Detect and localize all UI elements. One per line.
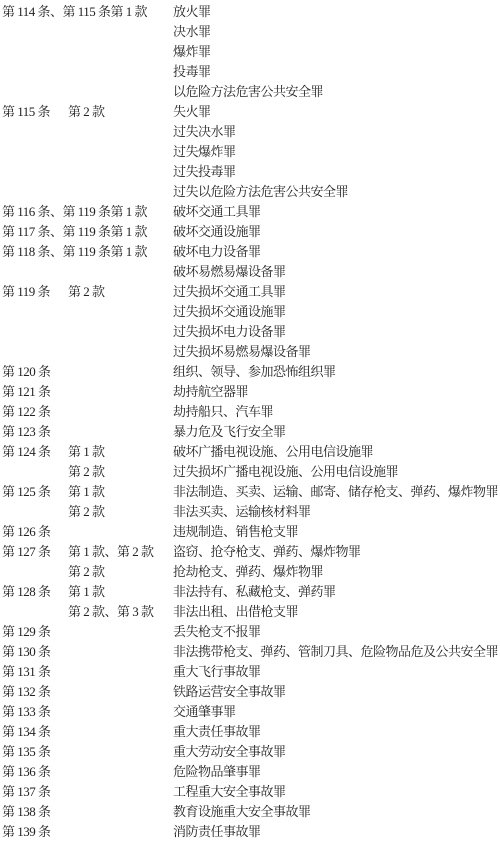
article-ref: 第 130 条 — [2, 642, 68, 662]
article-ref: 第 123 条 — [2, 422, 68, 442]
clause-ref — [68, 722, 173, 742]
crime-name: 过失损坏交通设施罪 — [173, 302, 500, 322]
article-ref: 第 122 条 — [2, 402, 68, 422]
crime-name: 破坏交通设施罪 — [173, 222, 500, 242]
table-row: 第 138 条 教育设施重大安全事故罪 — [2, 802, 500, 822]
article-ref: 第 125 条 — [2, 482, 68, 502]
crime-name: 过失爆炸罪 — [173, 142, 500, 162]
clause-ref — [68, 782, 173, 802]
table-row: 过失损坏交通设施罪 — [2, 302, 500, 322]
crime-name: 以危险方法危害公共安全罪 — [173, 82, 500, 102]
clause-ref: 第 2 款 — [68, 462, 173, 482]
article-ref — [2, 82, 68, 102]
crime-name: 交通肇事罪 — [173, 702, 500, 722]
crime-name: 丢失枪支不报罪 — [173, 622, 500, 642]
clause-ref — [68, 402, 173, 422]
table-row: 第 128 条 第 1 款 非法持有、私藏枪支、弹药罪 — [2, 582, 500, 602]
article-ref: 第 126 条 — [2, 522, 68, 542]
crime-name: 放火罪 — [173, 2, 500, 22]
table-row: 第 125 条 第 1 款 非法制造、买卖、运输、邮寄、储存枪支、弹药、爆炸物罪 — [2, 482, 500, 502]
article-ref: 第 137 条 — [2, 782, 68, 802]
crime-name: 教育设施重大安全事故罪 — [173, 802, 500, 822]
article-ref: 第 129 条 — [2, 622, 68, 642]
table-row: 第 114 条、第 115 条第 1 款 放火罪 — [2, 2, 500, 22]
clause-ref — [68, 202, 173, 222]
crime-name: 过失决水罪 — [173, 122, 500, 142]
table-row: 第 134 条 重大责任事故罪 — [2, 722, 500, 742]
clause-ref — [68, 162, 173, 182]
article-ref: 第 132 条 — [2, 682, 68, 702]
clause-ref — [68, 242, 173, 262]
table-row: 爆炸罪 — [2, 42, 500, 62]
table-row: 过失爆炸罪 — [2, 142, 500, 162]
clause-ref: 第 1 款 — [68, 582, 173, 602]
article-ref: 第 116 条、第 119 条第 1 款 — [2, 202, 68, 222]
table-row: 过失以危险方法危害公共安全罪 — [2, 182, 500, 202]
statute-table: 第 114 条、第 115 条第 1 款 放火罪 决水罪 爆炸罪 投毒罪 以危险… — [2, 2, 500, 842]
table-row: 第 137 条 工程重大安全事故罪 — [2, 782, 500, 802]
crime-name: 违规制造、销售枪支罪 — [173, 522, 500, 542]
clause-ref — [68, 362, 173, 382]
article-ref: 第 134 条 — [2, 722, 68, 742]
table-row: 第 119 条 第 2 款 过失损坏交通工具罪 — [2, 282, 500, 302]
crime-name: 过失损坏易燃易爆设备罪 — [173, 342, 500, 362]
article-ref — [2, 22, 68, 42]
crime-name: 铁路运营安全事故罪 — [173, 682, 500, 702]
table-row: 第 129 条 丢失枪支不报罪 — [2, 622, 500, 642]
clause-ref: 第 2 款 — [68, 502, 173, 522]
article-ref: 第 118 条、第 119 条第 1 款 — [2, 242, 68, 262]
crime-name: 决水罪 — [173, 22, 500, 42]
article-ref: 第 127 条 — [2, 542, 68, 562]
table-row: 第 136 条 危险物品肇事罪 — [2, 762, 500, 782]
clause-ref — [68, 42, 173, 62]
table-row: 第 2 款 非法买卖、运输核材料罪 — [2, 502, 500, 522]
article-ref: 第 117 条、第 119 条第 1 款 — [2, 222, 68, 242]
article-ref: 第 135 条 — [2, 742, 68, 762]
crime-name: 重大责任事故罪 — [173, 722, 500, 742]
table-row: 第 118 条、第 119 条第 1 款 破坏电力设备罪 — [2, 242, 500, 262]
article-ref: 第 124 条 — [2, 442, 68, 462]
crime-name: 过失投毒罪 — [173, 162, 500, 182]
article-ref: 第 133 条 — [2, 702, 68, 722]
article-ref — [2, 262, 68, 282]
clause-ref — [68, 822, 173, 842]
table-row: 第 122 条 劫持船只、汽车罪 — [2, 402, 500, 422]
crime-name: 劫持船只、汽车罪 — [173, 402, 500, 422]
crime-name: 重大飞行事故罪 — [173, 662, 500, 682]
article-ref: 第 121 条 — [2, 382, 68, 402]
article-ref — [2, 502, 68, 522]
article-ref — [2, 142, 68, 162]
clause-ref — [68, 122, 173, 142]
crime-name: 破坏易燃易爆设备罪 — [173, 262, 500, 282]
crime-name: 劫持航空器罪 — [173, 382, 500, 402]
crime-name: 重大劳动安全事故罪 — [173, 742, 500, 762]
clause-ref — [68, 182, 173, 202]
article-ref: 第 131 条 — [2, 662, 68, 682]
clause-ref: 第 2 款 — [68, 282, 173, 302]
crime-name: 消防责任事故罪 — [173, 822, 500, 842]
article-ref — [2, 322, 68, 342]
article-ref — [2, 62, 68, 82]
article-ref: 第 139 条 — [2, 822, 68, 842]
crime-name: 过失损坏交通工具罪 — [173, 282, 500, 302]
clause-ref — [68, 682, 173, 702]
crime-name: 投毒罪 — [173, 62, 500, 82]
clause-ref — [68, 342, 173, 362]
article-ref — [2, 162, 68, 182]
table-row: 第 2 款 抢劫枪支、弹药、爆炸物罪 — [2, 562, 500, 582]
table-row: 过失决水罪 — [2, 122, 500, 142]
article-ref — [2, 42, 68, 62]
crime-name: 破坏交通工具罪 — [173, 202, 500, 222]
table-row: 第 116 条、第 119 条第 1 款 破坏交通工具罪 — [2, 202, 500, 222]
article-ref — [2, 182, 68, 202]
crime-name: 非法制造、买卖、运输、邮寄、储存枪支、弹药、爆炸物罪 — [173, 482, 500, 502]
table-row: 投毒罪 — [2, 62, 500, 82]
clause-ref — [68, 522, 173, 542]
table-row: 第 139 条 消防责任事故罪 — [2, 822, 500, 842]
table-row: 第 132 条 铁路运营安全事故罪 — [2, 682, 500, 702]
table-row: 第 2 款 过失损坏广播电视设施、公用电信设施罪 — [2, 462, 500, 482]
article-ref — [2, 562, 68, 582]
article-ref — [2, 462, 68, 482]
table-row: 第 117 条、第 119 条第 1 款 破坏交通设施罪 — [2, 222, 500, 242]
article-ref: 第 115 条 — [2, 102, 68, 122]
clause-ref: 第 1 款 — [68, 442, 173, 462]
crime-name: 组织、领导、参加恐怖组织罪 — [173, 362, 500, 382]
article-ref: 第 138 条 — [2, 802, 68, 822]
table-row: 第 115 条 第 2 款 失火罪 — [2, 102, 500, 122]
clause-ref — [68, 22, 173, 42]
crime-name: 非法买卖、运输核材料罪 — [173, 502, 500, 522]
clause-ref — [68, 802, 173, 822]
table-row: 过失损坏电力设备罪 — [2, 322, 500, 342]
crime-name: 失火罪 — [173, 102, 500, 122]
clause-ref — [68, 302, 173, 322]
crime-name: 危险物品肇事罪 — [173, 762, 500, 782]
article-ref — [2, 602, 68, 622]
table-row: 第 121 条 劫持航空器罪 — [2, 382, 500, 402]
crime-name: 非法持有、私藏枪支、弹药罪 — [173, 582, 500, 602]
table-row: 第 120 条 组织、领导、参加恐怖组织罪 — [2, 362, 500, 382]
clause-ref: 第 2 款、第 3 款 — [68, 602, 173, 622]
table-row: 第 131 条 重大飞行事故罪 — [2, 662, 500, 682]
clause-ref — [68, 222, 173, 242]
table-row: 以危险方法危害公共安全罪 — [2, 82, 500, 102]
crime-name: 爆炸罪 — [173, 42, 500, 62]
article-ref — [2, 122, 68, 142]
crime-name: 非法出租、出借枪支罪 — [173, 602, 500, 622]
clause-ref — [68, 762, 173, 782]
clause-ref — [68, 142, 173, 162]
clause-ref — [68, 62, 173, 82]
crime-name: 暴力危及飞行安全罪 — [173, 422, 500, 442]
table-row: 决水罪 — [2, 22, 500, 42]
table-row: 第 127 条 第 1 款、第 2 款 盗窃、抢夺枪支、弹药、爆炸物罪 — [2, 542, 500, 562]
article-ref: 第 128 条 — [2, 582, 68, 602]
article-ref: 第 114 条、第 115 条第 1 款 — [2, 2, 68, 22]
table-row: 第 124 条 第 1 款 破坏广播电视设施、公用电信设施罪 — [2, 442, 500, 462]
clause-ref — [68, 702, 173, 722]
clause-ref: 第 1 款 — [68, 482, 173, 502]
article-ref: 第 120 条 — [2, 362, 68, 382]
crime-name: 工程重大安全事故罪 — [173, 782, 500, 802]
table-row: 第 130 条 非法携带枪支、弹药、管制刀具、危险物品危及公共安全罪 — [2, 642, 500, 662]
crime-name: 过失以危险方法危害公共安全罪 — [173, 182, 500, 202]
clause-ref — [68, 742, 173, 762]
crime-name: 非法携带枪支、弹药、管制刀具、危险物品危及公共安全罪 — [173, 642, 500, 662]
table-row: 第 123 条 暴力危及飞行安全罪 — [2, 422, 500, 442]
table-row: 第 126 条 违规制造、销售枪支罪 — [2, 522, 500, 542]
clause-ref — [68, 622, 173, 642]
clause-ref: 第 2 款 — [68, 562, 173, 582]
article-ref: 第 136 条 — [2, 762, 68, 782]
clause-ref — [68, 2, 173, 22]
clause-ref — [68, 382, 173, 402]
clause-ref — [68, 322, 173, 342]
clause-ref — [68, 262, 173, 282]
article-ref: 第 119 条 — [2, 282, 68, 302]
table-row: 第 133 条 交通肇事罪 — [2, 702, 500, 722]
table-row: 过失损坏易燃易爆设备罪 — [2, 342, 500, 362]
clause-ref — [68, 422, 173, 442]
article-ref — [2, 302, 68, 322]
crime-name: 破坏电力设备罪 — [173, 242, 500, 262]
article-ref — [2, 342, 68, 362]
clause-ref — [68, 642, 173, 662]
crime-name: 过失损坏广播电视设施、公用电信设施罪 — [173, 462, 500, 482]
table-row: 第 135 条 重大劳动安全事故罪 — [2, 742, 500, 762]
crime-name: 过失损坏电力设备罪 — [173, 322, 500, 342]
crime-name: 盗窃、抢夺枪支、弹药、爆炸物罪 — [173, 542, 500, 562]
crime-name: 破坏广播电视设施、公用电信设施罪 — [173, 442, 500, 462]
clause-ref — [68, 662, 173, 682]
table-row: 破坏易燃易爆设备罪 — [2, 262, 500, 282]
statute-crime-list-page: 第 114 条、第 115 条第 1 款 放火罪 决水罪 爆炸罪 投毒罪 以危险… — [0, 0, 500, 843]
table-row: 过失投毒罪 — [2, 162, 500, 182]
clause-ref — [68, 82, 173, 102]
crime-name: 抢劫枪支、弹药、爆炸物罪 — [173, 562, 500, 582]
clause-ref: 第 2 款 — [68, 102, 173, 122]
clause-ref: 第 1 款、第 2 款 — [68, 542, 173, 562]
table-row: 第 2 款、第 3 款 非法出租、出借枪支罪 — [2, 602, 500, 622]
